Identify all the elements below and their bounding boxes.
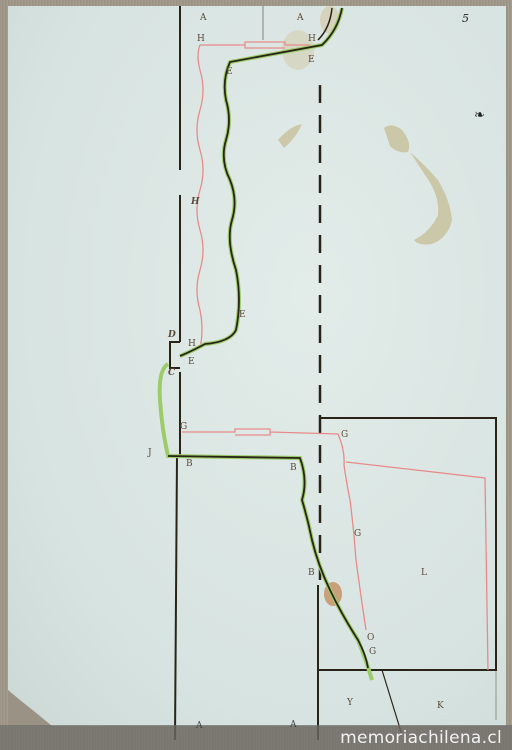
label-e: E xyxy=(188,358,195,367)
label-c: C xyxy=(168,369,175,378)
map-drawing xyxy=(0,0,512,750)
label-y: Y xyxy=(347,699,353,708)
label-g: G xyxy=(341,431,348,440)
lot-boundary xyxy=(318,418,496,670)
label-g: G xyxy=(369,648,376,657)
notch-line xyxy=(170,342,180,368)
label-b: B xyxy=(186,460,193,469)
label-b: B xyxy=(308,569,315,578)
label-a: A xyxy=(200,14,207,23)
green-route xyxy=(180,8,342,356)
green-route xyxy=(160,364,372,680)
label-a: A xyxy=(297,14,304,23)
label-a: A xyxy=(196,722,203,731)
black-route xyxy=(168,456,368,668)
label-g: G xyxy=(354,530,361,539)
label-j: J xyxy=(148,449,152,458)
label-o: O xyxy=(367,634,374,643)
label-h: H xyxy=(191,198,200,207)
folio-mark: 5 xyxy=(462,12,469,25)
stain xyxy=(410,152,452,245)
torn-corner xyxy=(8,690,52,726)
label-e: E xyxy=(308,56,315,65)
black-route xyxy=(180,8,342,356)
stain xyxy=(278,124,302,148)
label-a: A xyxy=(290,721,297,730)
label-h: H xyxy=(188,340,196,349)
label-l: L xyxy=(421,569,427,578)
label-k: K xyxy=(437,702,444,711)
watermark-text: memoriachilena.cl xyxy=(340,728,502,748)
ink-mark-icon: ❧ xyxy=(474,108,485,123)
label-g: G xyxy=(180,423,187,432)
stain xyxy=(384,125,409,152)
street-line xyxy=(175,455,177,740)
label-h: H xyxy=(197,35,205,44)
label-d: D xyxy=(168,331,176,340)
label-h: H xyxy=(308,35,316,44)
label-e: E xyxy=(239,311,246,320)
label-e: E xyxy=(226,68,233,77)
label-b: B xyxy=(290,464,297,473)
